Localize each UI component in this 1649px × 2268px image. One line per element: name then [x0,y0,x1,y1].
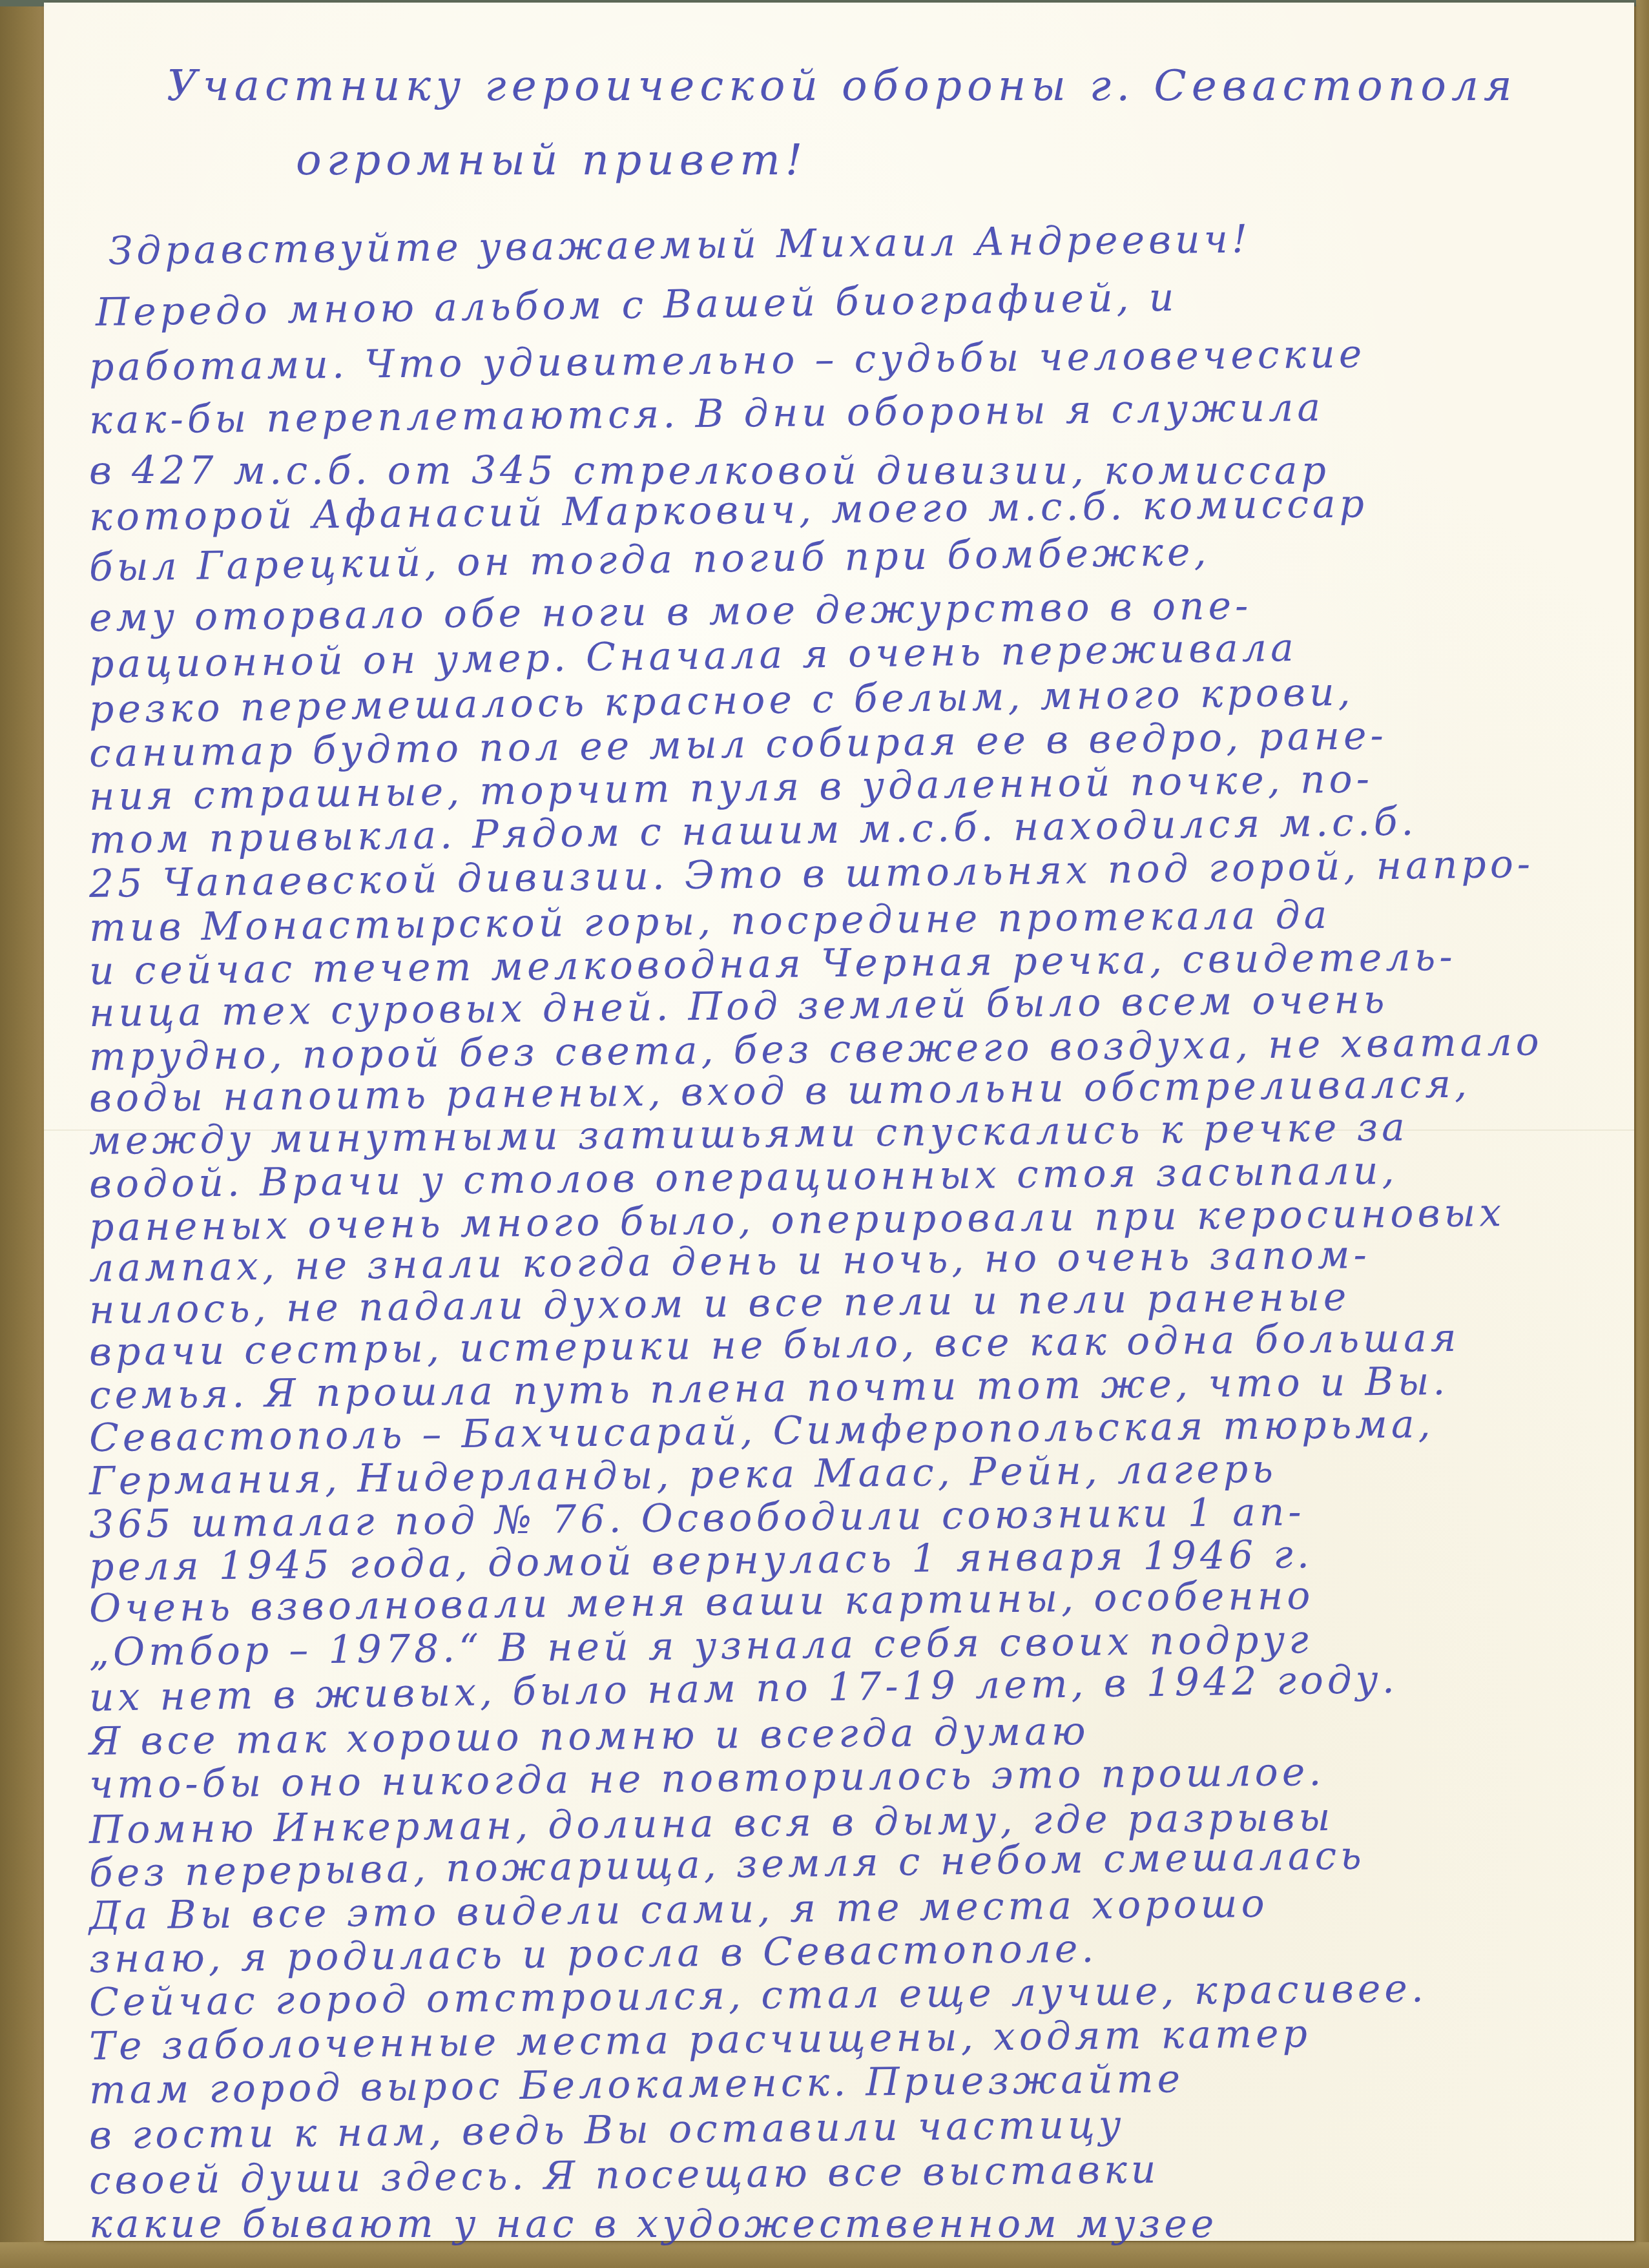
body-line: Здравствуйте уважаемый Михаил Андреевич! [109,216,1252,274]
body-line: как-бы переплетаются. В дни обороны я сл… [89,385,1325,443]
heading-line-2: огромный привет! [296,135,807,185]
heading-line-1: Участнику героической обороны г. Севасто… [167,61,1517,110]
scanner-frame-right [1636,0,1649,2268]
body-line: работами. Что удивительно – судьбы челов… [89,331,1366,390]
body-line: Передо мною альбом с Вашей биографией, и [96,275,1178,335]
body-line: был Гарецкий, он тогда погиб при бомбежк… [89,530,1210,590]
letter-page: Участнику героической обороны г. Севасто… [44,3,1634,2241]
body-line: какие бывают у нас в художественном музе… [89,2201,1218,2247]
scanner-frame-left [0,0,44,2268]
